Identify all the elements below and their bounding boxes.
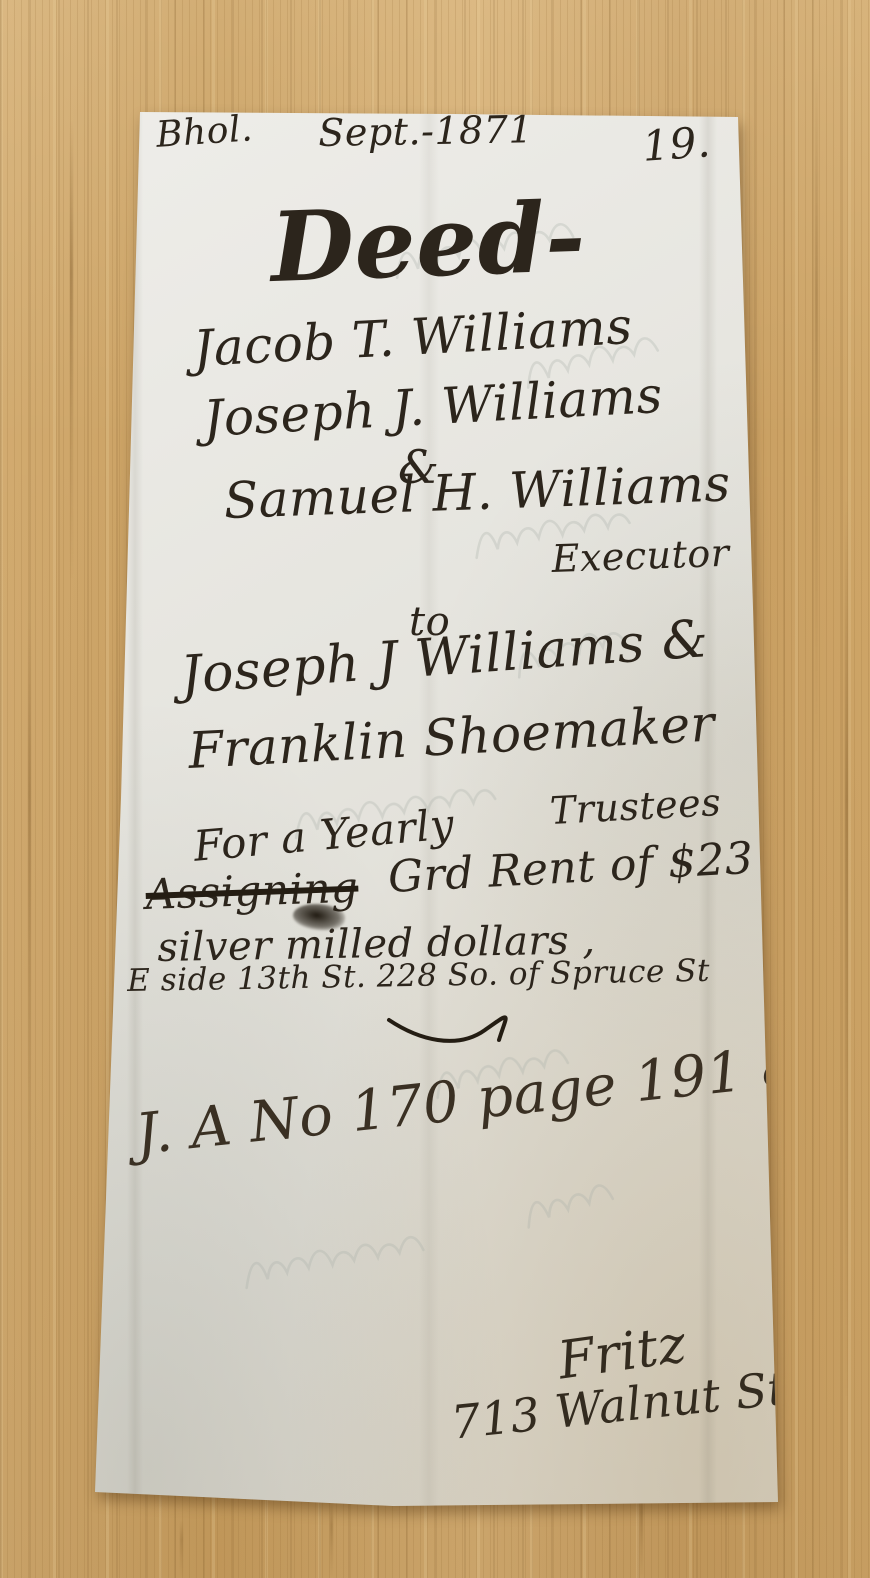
paper-fold-line bbox=[127, 108, 143, 1508]
photo-scene: Bhol. Sept.-1871 19. Deed- Jacob T. Will… bbox=[0, 0, 870, 1578]
wood-grain-streak bbox=[70, 120, 73, 580]
wood-grain-streak bbox=[815, 60, 818, 760]
pen-flourish bbox=[385, 1010, 515, 1058]
grantee-role: Trustees bbox=[549, 783, 722, 830]
wood-grain-streak bbox=[180, 1520, 183, 1578]
wood-grain-streak bbox=[845, 500, 848, 1400]
grantor-name-2: Joseph J. Williams bbox=[202, 370, 664, 444]
deed-document: Bhol. Sept.-1871 19. Deed- Jacob T. Will… bbox=[93, 108, 783, 1508]
property-location: E side 13th St. 228 So. of Spruce St bbox=[127, 956, 710, 997]
grantee-line-2: Franklin Shoemaker bbox=[187, 698, 716, 776]
grantor-name-1: Jacob T. Williams bbox=[192, 301, 634, 374]
grantee-line-1: Joseph J Williams & bbox=[179, 613, 710, 702]
wood-grain-streak bbox=[28, 620, 31, 1140]
grantor-name-3: Samuel H. Williams bbox=[223, 458, 731, 526]
document-date: Sept.-1871 bbox=[318, 110, 533, 152]
docket-note: Bhol. bbox=[155, 111, 254, 154]
deed-title: Deed- bbox=[269, 189, 587, 296]
wood-grain-streak bbox=[330, 1500, 333, 1578]
grantor-role: Executor bbox=[551, 534, 730, 578]
page-number: 19. bbox=[641, 121, 712, 168]
deed-paper-front: Bhol. Sept.-1871 19. Deed- Jacob T. Will… bbox=[93, 108, 783, 1508]
